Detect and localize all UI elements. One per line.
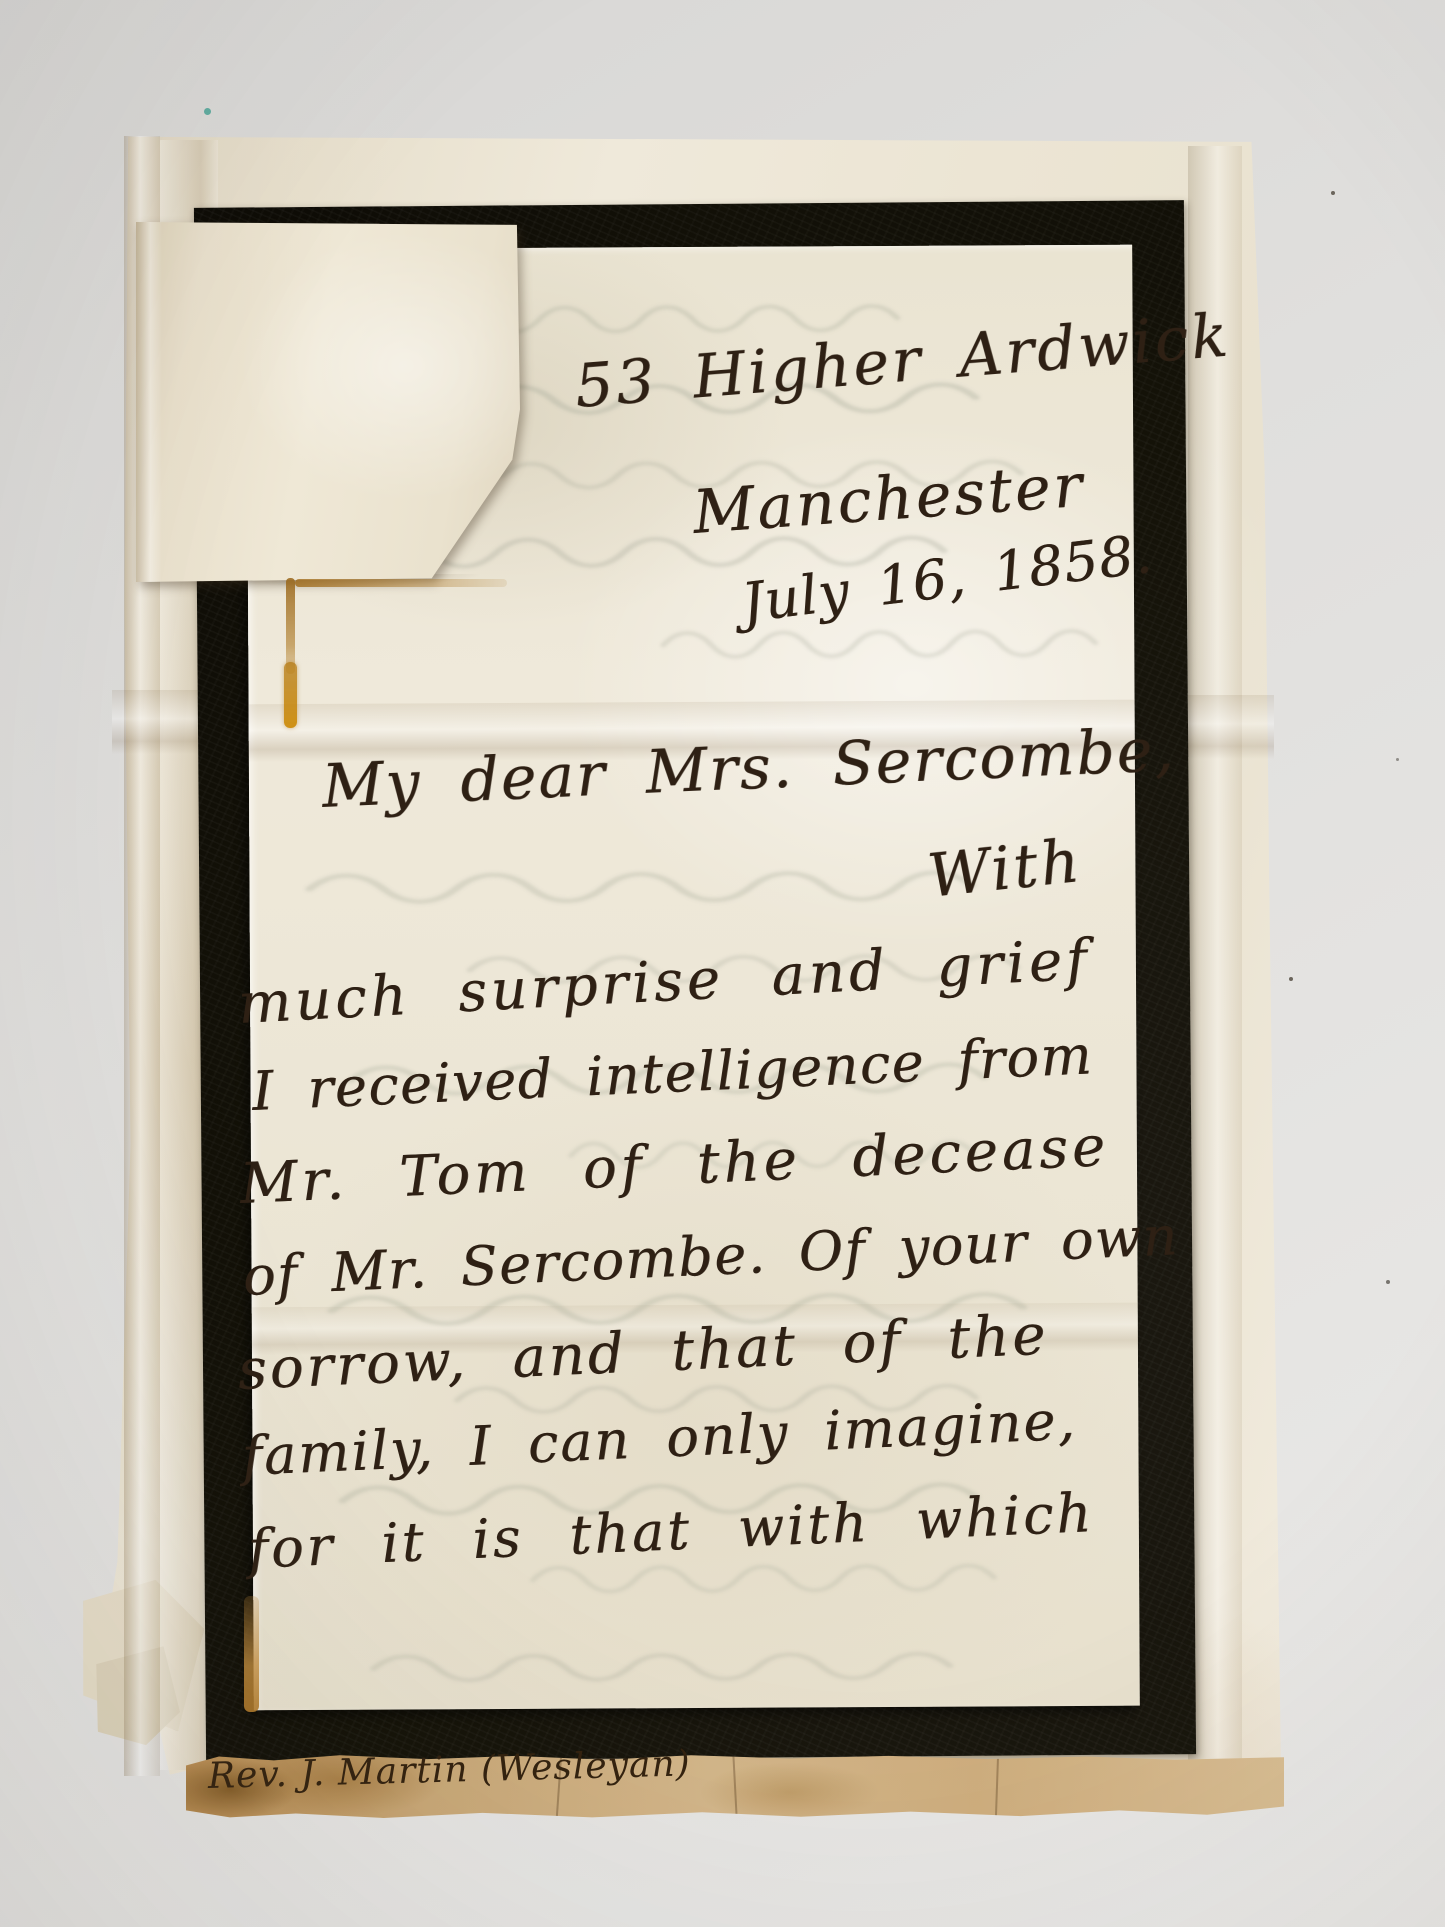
amber-stain [284, 662, 297, 728]
dust-speck [1289, 977, 1293, 981]
dust-speck [1396, 758, 1399, 761]
sheet-fold-crease [1188, 146, 1242, 1776]
teal-fiber-speck [204, 108, 211, 115]
amber-stain [295, 579, 507, 587]
paper-crack [995, 1754, 999, 1818]
corner-flap [136, 222, 520, 582]
amber-stain [286, 578, 295, 674]
dust-speck [1386, 1280, 1390, 1284]
dust-speck [1331, 191, 1335, 195]
paper-crack [732, 1754, 737, 1818]
photo-of-letter: { "photo": { "background_color": "#e0dfd… [0, 0, 1445, 1927]
amber-stain [244, 1596, 259, 1712]
horizontal-fold-crease [1186, 695, 1274, 759]
flap-fold-edge [136, 222, 162, 582]
